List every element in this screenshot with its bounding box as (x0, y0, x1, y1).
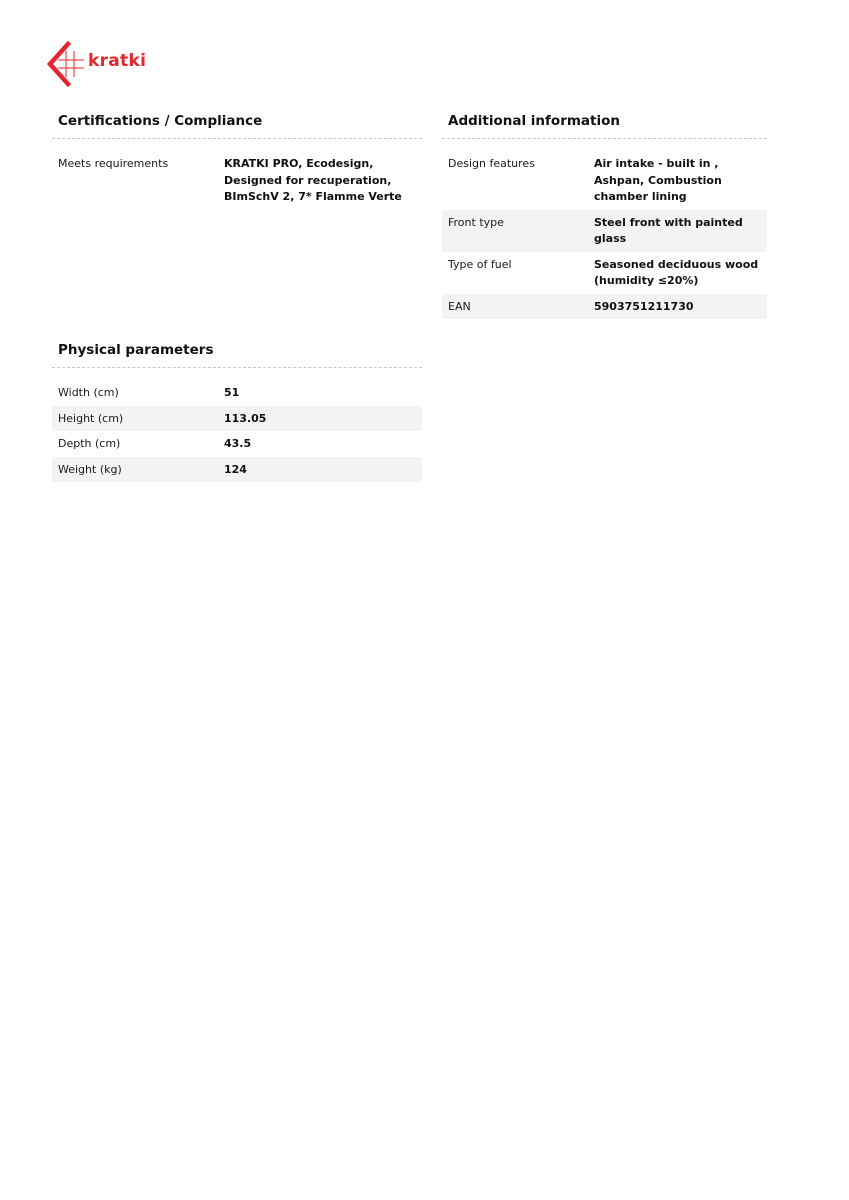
table-row: Width (cm) 51 (52, 380, 422, 406)
brand-logo: kratki (46, 41, 186, 87)
table-row: Design features Air intake - built in , … (442, 151, 767, 210)
row-label: Meets requirements (52, 151, 218, 210)
certifications-title: Certifications / Compliance (52, 110, 422, 132)
table-row: Height (cm) 113.05 (52, 406, 422, 432)
additional-info-section: Additional information Design features A… (442, 110, 767, 319)
row-label: EAN (442, 294, 588, 320)
row-value: 124 (218, 457, 422, 483)
row-value: Seasoned deciduous wood (humidity ≤20%) (588, 252, 767, 294)
additional-info-title: Additional information (442, 110, 767, 132)
additional-info-table: Design features Air intake - built in , … (442, 151, 767, 319)
certifications-section: Certifications / Compliance Meets requir… (52, 110, 422, 210)
row-value: 113.05 (218, 406, 422, 432)
row-value: Air intake - built in , Ashpan, Combusti… (588, 151, 767, 210)
row-label: Weight (kg) (52, 457, 218, 483)
section-divider (52, 367, 422, 368)
row-value: 43.5 (218, 431, 422, 457)
row-label: Height (cm) (52, 406, 218, 432)
kratki-logo-icon (46, 41, 90, 87)
certifications-table: Meets requirements KRATKI PRO, Ecodesign… (52, 151, 422, 210)
table-row: EAN 5903751211730 (442, 294, 767, 320)
row-value: Steel front with painted glass (588, 210, 767, 252)
row-value: 51 (218, 380, 422, 406)
table-row: Front type Steel front with painted glas… (442, 210, 767, 252)
row-value: 5903751211730 (588, 294, 767, 320)
section-divider (442, 138, 767, 139)
physical-parameters-section: Physical parameters Width (cm) 51 Height… (52, 339, 422, 482)
table-row: Type of fuel Seasoned deciduous wood (hu… (442, 252, 767, 294)
physical-parameters-table: Width (cm) 51 Height (cm) 113.05 Depth (… (52, 380, 422, 482)
row-label: Depth (cm) (52, 431, 218, 457)
table-row: Meets requirements KRATKI PRO, Ecodesign… (52, 151, 422, 210)
physical-parameters-title: Physical parameters (52, 339, 422, 361)
row-label: Width (cm) (52, 380, 218, 406)
brand-name: kratki (88, 51, 146, 71)
row-label: Type of fuel (442, 252, 588, 294)
row-label: Front type (442, 210, 588, 252)
table-row: Weight (kg) 124 (52, 457, 422, 483)
row-value: KRATKI PRO, Ecodesign, Designed for recu… (218, 151, 422, 210)
section-divider (52, 138, 422, 139)
table-row: Depth (cm) 43.5 (52, 431, 422, 457)
row-label: Design features (442, 151, 588, 210)
